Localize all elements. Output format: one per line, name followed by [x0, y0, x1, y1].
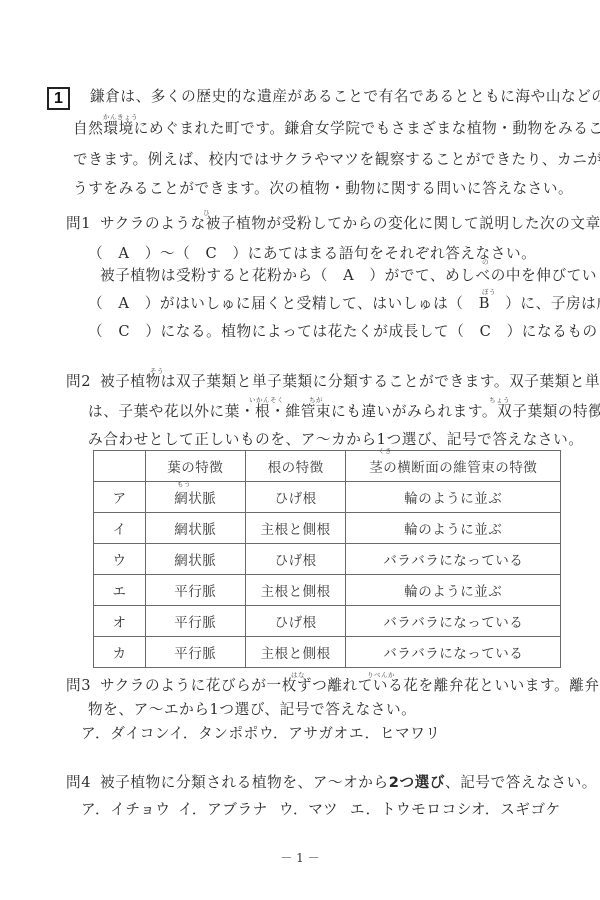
row-label: カ	[94, 637, 146, 668]
cell-stem: バラバラになっている	[346, 544, 561, 575]
q1-passage-2: （ A ）がはいしゅに届くと受精して、はいしゅは（ B ）に、子房は成長して	[88, 295, 600, 313]
table-row: ウ 網状脈 ひげ根 バラバラになっている	[94, 544, 561, 575]
q1-passage-1: 被子植物は受粉すると花粉から（ A ）がでて、めしべの中を伸びていく。	[100, 267, 600, 285]
q1-line-1: サクラのような被子植物が受粉してからの変化に関して説明した次の文章の	[100, 215, 600, 233]
q4-text-bold: 2つ選び	[389, 774, 445, 791]
q4-text-after: 、記号で答えなさい。	[445, 774, 597, 791]
q2-line-3: み合わせとして正しいものを、ア～カから1つ選び、記号で答えなさい。	[88, 431, 584, 449]
table-row: カ 平行脈 主根と側根 バラバラになっている	[94, 637, 561, 668]
q4-option-d: エ．トウモロコシ	[350, 801, 472, 819]
intro-line-2: 自然環境にめぐまれた町です。鎌倉女学院でもさまざまな植物・動物をみることが	[73, 120, 600, 138]
ruby-no: の	[482, 257, 489, 266]
table-header-row: 葉の特徴 根の特徴 茎の横断面の維管束の特徴	[94, 451, 561, 482]
q2-line-1: 被子植物は双子葉類と単子葉類に分類することができます。双子葉類と単子葉類	[100, 373, 600, 391]
page-number: － 1 －	[0, 849, 600, 866]
cell-root: ひげ根	[245, 606, 346, 637]
table-header-stem: 茎の横断面の維管束の特徴	[346, 451, 561, 482]
q4-question: 被子植物に分類される植物を、ア～オから2つ選び、記号で答えなさい。	[100, 774, 597, 792]
row-label: エ	[94, 575, 146, 606]
table-row: オ 平行脈 ひげ根 バラバラになっている	[94, 606, 561, 637]
cell-leaf: 網状脈	[145, 544, 245, 575]
row-label: ウ	[94, 544, 146, 575]
features-table: 葉の特徴 根の特徴 茎の横断面の維管束の特徴 ア 網状脈 ひげ根 輪のように並ぶ…	[93, 450, 561, 668]
q4-option-b: イ．アブラナ	[178, 801, 268, 819]
cell-leaf: 平行脈	[145, 575, 245, 606]
table-header-blank	[94, 451, 146, 482]
intro-line-1: 鎌倉は、多くの歴史的な遺産があることで有名であるとともに海や山などの豊かな	[90, 88, 600, 106]
q1-passage-3: （ C ）になる。植物によっては花たくが成長して（ C ）になるものもある。	[88, 323, 600, 341]
q4-option-e: オ．スギゴケ	[471, 801, 561, 819]
intro-line-3: できます。例えば、校内ではサクラやマツを観察することができたり、カニが歩くよ	[73, 151, 600, 169]
cell-stem: 輪のように並ぶ	[346, 513, 561, 544]
table-row: エ 平行脈 主根と側根 輪のように並ぶ	[94, 575, 561, 606]
q3-option-b: イ．タンポポ	[169, 725, 259, 743]
table-row: イ 網状脈 主根と側根 輪のように並ぶ	[94, 513, 561, 544]
q1-label: 問1	[66, 215, 91, 233]
cell-root: 主根と側根	[245, 637, 346, 668]
cell-leaf: 平行脈	[145, 637, 245, 668]
cell-stem: 輪のように並ぶ	[346, 482, 561, 513]
cell-stem: 輪のように並ぶ	[346, 575, 561, 606]
row-label: オ	[94, 606, 146, 637]
row-label: イ	[94, 513, 146, 544]
cell-leaf: 網状脈	[145, 482, 245, 513]
q1-line-2: （ A ）～（ C ）にあてはまる語句をそれぞれ答えなさい。	[88, 245, 536, 263]
ruby-mou: もう	[177, 479, 191, 488]
intro-line-4: うすをみることができます。次の植物・動物に関する問いに答えなさい。	[73, 180, 573, 198]
q3-label: 問3	[66, 677, 91, 695]
q4-option-a: ア．イチョウ	[81, 801, 171, 819]
table-header-leaf: 葉の特徴	[145, 451, 245, 482]
cell-root: ひげ根	[245, 482, 346, 513]
cell-root: 主根と側根	[245, 575, 346, 606]
q3-option-d: エ．ヒマワリ	[349, 725, 441, 743]
cell-leaf: 平行脈	[145, 606, 245, 637]
q2-line-2: は、子葉や花以外に葉・根・維管束にも違いがみられます。双子葉類の特徴の組	[88, 403, 600, 421]
cell-root: ひげ根	[245, 544, 346, 575]
cell-stem: バラバラになっている	[346, 606, 561, 637]
cell-root: 主根と側根	[245, 513, 346, 544]
q3-line-2: 物を、ア～エから1つ選び、記号で答えなさい。	[88, 701, 416, 719]
section-number-box: 1	[47, 87, 70, 110]
q4-label: 問4	[66, 774, 91, 792]
table-row: ア 網状脈 ひげ根 輪のように並ぶ	[94, 482, 561, 513]
q3-option-c: ウ．アサガオ	[259, 725, 349, 743]
q4-text-before: 被子植物に分類される植物を、ア～オから	[100, 774, 389, 791]
q4-option-c: ウ．マツ	[279, 801, 338, 819]
cell-leaf: 網状脈	[145, 513, 245, 544]
table-header-root: 根の特徴	[245, 451, 346, 482]
cell-stem: バラバラになっている	[346, 637, 561, 668]
q3-option-a: ア．ダイコン	[81, 725, 170, 743]
ruby-kuki: くき	[378, 446, 392, 455]
q2-label: 問2	[66, 373, 91, 391]
row-label: ア	[94, 482, 146, 513]
q3-line-1: サクラのように花びらが一枚ずつ離れている花を離弁花といいます。離弁花の植	[100, 677, 600, 695]
